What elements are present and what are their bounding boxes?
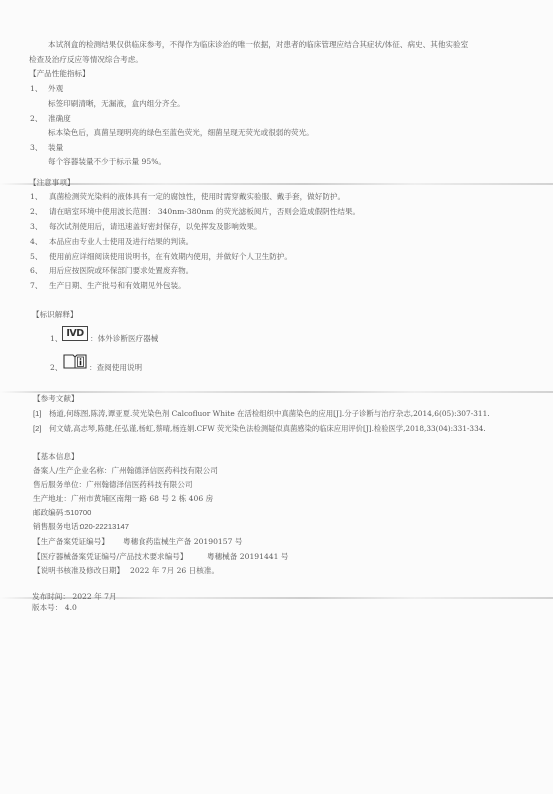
paper-fold-line	[0, 391, 553, 393]
precaution-text: 使用前应详细阅读使用说明书，在有效期内使用，并做好个人卫生防护。	[49, 252, 292, 262]
release-date: 发布时间： 2022 年 7月	[32, 592, 117, 602]
section-heading-precautions: 【注意事项】	[29, 178, 75, 188]
performance-item-number: 1、	[30, 84, 42, 94]
after-sales-service: 售后服务单位：广州翰德泽信医药科技有限公司	[33, 480, 192, 490]
symbol-desc: ：查阅使用说明	[89, 363, 142, 373]
performance-item-title: 装量	[48, 143, 63, 153]
precaution-text: 真菌检测荧光染料的液体具有一定的腐蚀性，使用时需穿戴实验服、戴手套，做好防护。	[49, 192, 345, 202]
section-heading-performance: 【产品性能指标】	[29, 69, 90, 79]
intro-line-2: 检查及治疗反应等情况综合考虑。	[29, 55, 143, 65]
precaution-text: 生产日期、生产批号和有效期见外包装。	[49, 281, 186, 291]
production-cert-label: 【生产备案凭证编号】	[33, 537, 109, 547]
paper-fold-line	[0, 183, 553, 185]
consult-instructions-icon	[63, 353, 87, 369]
reference-number: [2]	[33, 424, 41, 434]
precaution-text: 请在暗室环境中使用波长范围： 340nm-380nm 的荧光滤板阅片，否则会造成…	[49, 207, 360, 217]
performance-item-desc: 标签印刷清晰，无漏液，盒内组分齐全。	[48, 99, 185, 109]
precaution-text: 每次试剂使用后，请迅速盖好密封保存，以免挥发及影响效果。	[49, 222, 262, 232]
ivd-icon: IVD	[62, 326, 88, 341]
precaution-number: 2、	[30, 207, 42, 217]
production-address: 生产地址：广州市黄埔区南翔一路 68 号 2 栋 406 房	[33, 494, 213, 504]
intro-line-1: 本试剂盒的检测结果仅供临床参考，不得作为临床诊治的唯一依据，对患者的临床管理应结…	[48, 40, 468, 50]
performance-item-desc: 标本染色后，真菌呈现明亮的绿色至蓝色荧光，细菌呈现无荧光或很弱的荧光。	[48, 128, 314, 138]
precaution-text: 本品应由专业人士使用及进行结果的判读。	[49, 237, 193, 247]
precaution-number: 3、	[30, 222, 42, 232]
approval-date-label: 【说明书核准及修改日期】	[33, 566, 124, 576]
symbol-number: 2、	[50, 363, 62, 373]
section-heading-basic-info: 【基本信息】	[33, 452, 79, 462]
device-cert-value: 粤穗械备 20191441 号	[207, 552, 288, 562]
approval-date-value: 2022 年 7月 26 日核准。	[130, 566, 219, 576]
precaution-number: 1、	[30, 192, 42, 202]
precaution-text: 用后应按医院或环保部门要求处置废弃物。	[49, 266, 193, 276]
symbol-number: 1、	[50, 334, 62, 344]
precaution-number: 4、	[30, 237, 42, 247]
sales-phone-value: 020-22213147	[80, 522, 129, 532]
precaution-number: 7、	[30, 281, 42, 291]
reference-text: 杨道,何练图,陈涛,谭亚夏.荧光染色剂 Calcofluor White 在活检…	[49, 409, 490, 419]
version-number: 版本号： 4.0	[32, 603, 77, 613]
performance-item-desc: 每个容器装量不少于标示量 95%。	[48, 157, 166, 167]
postcode-value: 510700	[66, 508, 91, 518]
performance-item-title: 准确度	[48, 114, 71, 124]
symbol-desc: ：体外诊断医疗器械	[90, 334, 158, 344]
instruction-leaflet-page: 本试剂盒的检测结果仅供临床参考，不得作为临床诊治的唯一依据，对患者的临床管理应结…	[0, 0, 553, 794]
device-cert-label: 【医疗器械备案凭证编号/产品技术要求编号】	[33, 552, 187, 562]
production-cert-value: 粤穗食药监械生产备 20190157 号	[123, 537, 242, 547]
performance-item-number: 2、	[30, 114, 42, 124]
performance-item-title: 外观	[48, 84, 63, 94]
precaution-number: 6、	[30, 266, 42, 276]
performance-item-number: 3、	[30, 143, 42, 153]
section-heading-symbols: 【标识解释】	[32, 310, 78, 320]
registrant-name: 备案人/生产企业名称：广州翰德泽信医药科技有限公司	[33, 466, 218, 476]
sales-phone-label: 销售服务电话：	[33, 522, 86, 532]
reference-text: 何文婧,高志琴,陈健,任弘谨,杨虹,蔡晴,杨连娟.CFW 荧光染色法检测疑似真菌…	[49, 424, 486, 434]
precaution-number: 5、	[30, 252, 42, 262]
reference-number: [1]	[33, 409, 41, 419]
section-heading-references: 【参考文献】	[33, 394, 79, 404]
